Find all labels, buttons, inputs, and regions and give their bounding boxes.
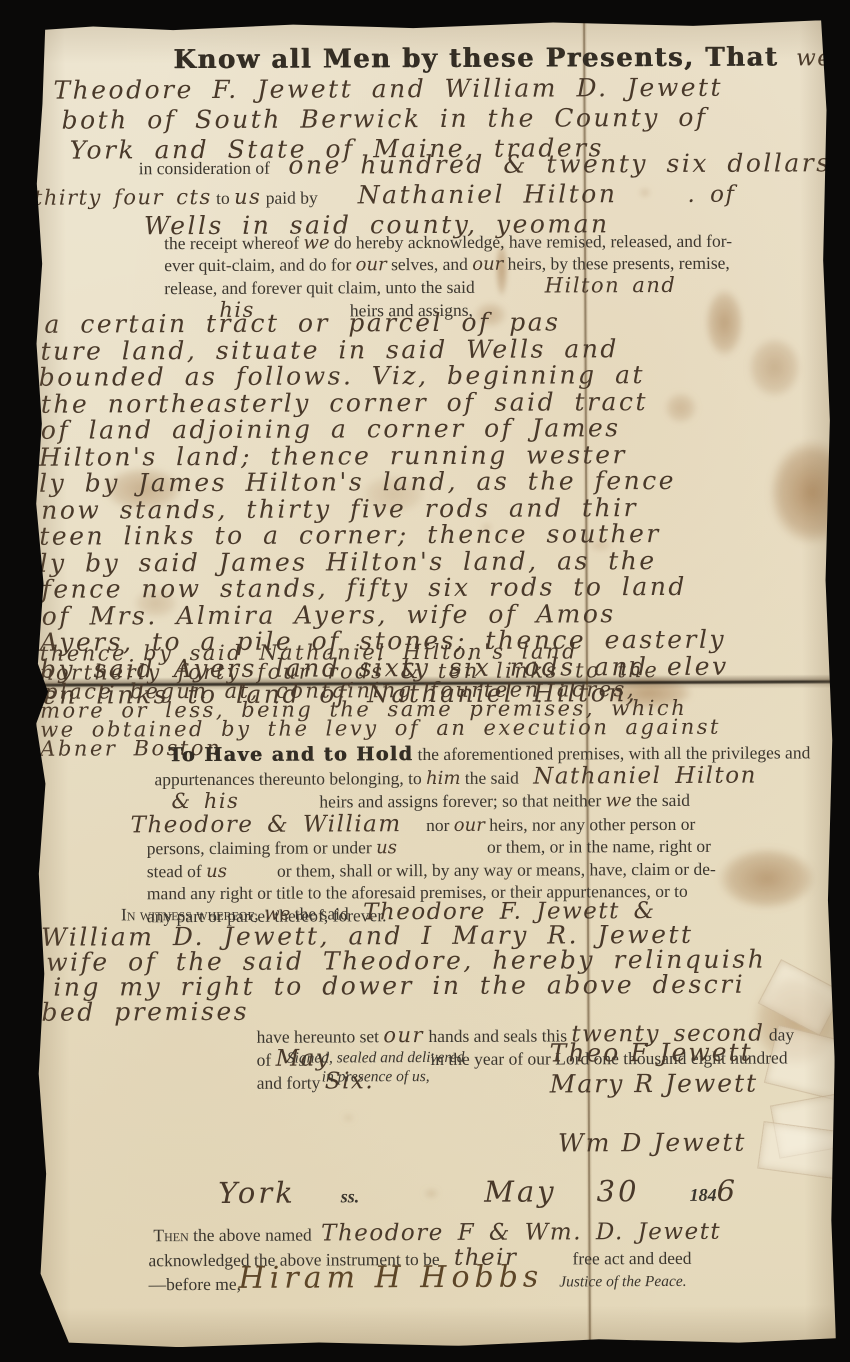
printed-italic-text: in presence of us, [322, 1068, 430, 1085]
printed-text: paid by [261, 188, 317, 208]
printed-italic-text: Signed, sealed and delivered [287, 1049, 465, 1067]
stain [754, 421, 850, 564]
handwritten-text: May [484, 1174, 557, 1208]
printed-text: the aforementioned premises, with all th… [413, 742, 810, 764]
handwritten-text: we [782, 45, 832, 71]
handwritten-text: 30 [597, 1174, 640, 1208]
deed-document-paper: Know all Men by these Presents, That we … [33, 20, 837, 1347]
handwritten-text: one hundred & twenty six dollars and [270, 148, 850, 180]
handwritten-text: our [383, 1023, 424, 1047]
printed-text: appurtenances thereunto belonging, to [154, 768, 426, 789]
handwritten-text: both of South Berwick in the County of [61, 103, 707, 135]
photo-background: Know all Men by these Presents, That we … [0, 0, 850, 1362]
handwritten-text: us [376, 837, 397, 858]
printed-text: Then [153, 1225, 188, 1245]
printed-text: do hereby acknowledge, have remised, rel… [330, 231, 733, 253]
printed-text: day [764, 1024, 794, 1044]
printed-text: stead of [147, 861, 206, 881]
printed-text: heirs and assigns forever; so that neith… [319, 790, 605, 811]
handwritten-text: we [606, 790, 632, 811]
repair-patch [757, 1121, 847, 1180]
grantor-signature-william: Wm D Jewett [558, 1129, 747, 1161]
handwritten-text: Theodore F. Jewett and William D. Jewett [53, 73, 723, 105]
handwritten-text: Hilton and [545, 273, 677, 298]
handwritten-text: our [454, 814, 485, 835]
gothic-heading-text: To Have and to Hold [168, 743, 413, 766]
handwritten-text: Theodore & William [131, 811, 402, 838]
handwritten-text: York [218, 1176, 296, 1210]
attestation-clause: Signed, sealed and deliveredin presence … [256, 1048, 496, 1087]
printed-text: the said [632, 790, 690, 810]
handwritten-text: thirty four cts [34, 185, 212, 210]
printed-text: heirs, nor any other person or [485, 813, 696, 834]
handwritten-text: bed premises [41, 997, 249, 1027]
handwritten-text: & his [171, 789, 239, 813]
printed-text: the receipt whereof [164, 233, 304, 254]
printed-text: heirs, by these presents, remise, [503, 253, 730, 274]
signature: Mary R Jewett [550, 1069, 759, 1099]
printed-text: the said [460, 767, 523, 787]
printed-text: release, and forever quit claim, unto th… [164, 277, 475, 298]
handwritten-text: our [472, 254, 503, 275]
property-description-continued: thence by said Nathaniel Hilton's landno… [40, 643, 721, 760]
grantor-signatures: Theo F JewettMary R Jewett [550, 1039, 759, 1102]
printed-text: nor [422, 814, 454, 834]
handwritten-text: Nathaniel Hilton [533, 762, 757, 789]
justice-signature: Hiram H Hobbs Justice of the Peace. [239, 1259, 687, 1302]
handwritten-text: 6 [716, 1174, 738, 1208]
handwritten-text: us [206, 860, 227, 881]
printed-text: ever quit-claim, and do for [164, 254, 356, 275]
signature: Hiram H Hobbs [239, 1260, 544, 1296]
printed-text: persons, claiming from or under [147, 837, 376, 858]
printed-text: have hereunto set [256, 1026, 383, 1047]
stain [738, 326, 810, 408]
printed-text: ss. [341, 1186, 360, 1206]
handwritten-text: . of [687, 182, 735, 208]
printed-text: 184 [690, 1185, 717, 1205]
handwritten-text: Nathaniel Hilton [358, 179, 618, 209]
signature: Theo F Jewett [550, 1038, 753, 1068]
gothic-heading-text: Know all Men by these Presents, That [173, 42, 778, 75]
consideration-clause: in consideration of one hundred & twenty… [34, 150, 850, 244]
printed-text: the above named [189, 1225, 316, 1246]
printed-italic-text: Justice of the Peace. [555, 1273, 686, 1291]
signature: Wm D Jewett [558, 1128, 747, 1158]
printed-text: or them, or in the name, right or [487, 836, 711, 857]
printed-text: —before me, [149, 1274, 241, 1294]
handwritten-text: him [426, 767, 461, 788]
handwritten-text: our [356, 254, 387, 275]
stain [342, 1113, 355, 1122]
printed-text: in consideration of [139, 158, 270, 179]
handwritten-text: we [303, 232, 329, 253]
handwritten-text: us [234, 185, 261, 209]
handwritten-text: Theodore F & Wm. D. Jewett [321, 1219, 721, 1247]
printed-text: to [212, 188, 234, 208]
printed-text: or them, shall or will, by any way or me… [277, 858, 716, 880]
printed-text: selves, and [387, 254, 473, 274]
